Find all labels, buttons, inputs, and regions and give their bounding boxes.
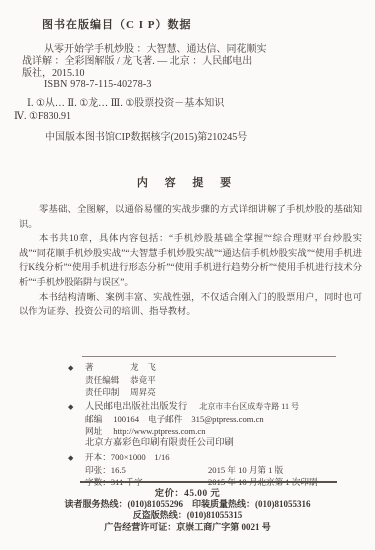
divider-thick	[80, 481, 337, 483]
postcode-value: 100164	[113, 413, 139, 425]
diamond-bullet-icon: ◆	[68, 362, 85, 374]
sheets-value: 16.5	[111, 464, 126, 476]
format-label: 开本：	[85, 451, 111, 463]
divider-thin	[82, 356, 336, 357]
ad-license-line: 广告经营许可证：京崇工商广字第 0021 号	[0, 520, 375, 533]
website-value: http://www.ptpress.com.cn	[113, 425, 205, 437]
sheets-row: 印张： 16.5 2015 年 10 月第 1 版	[68, 464, 348, 476]
author-label: 著	[85, 361, 130, 373]
author-row: ◆ 著 龙 飞	[68, 361, 348, 374]
publisher-row: ◆ 人民邮电出版社出版发行 北京市丰台区成寿寺路 11 号	[68, 401, 348, 413]
diamond-bullet-icon: ◆	[68, 401, 85, 413]
abstract-paragraph: 零基础、全图解，以通俗易懂的实战步骤的方式详细讲解了手机炒股的基础知识。	[19, 203, 362, 232]
abstract-paragraph: 本书结构清晰、案例丰富、实战性强，不仅适合刚入门的股票用户，同时也可以作为证券、…	[19, 291, 362, 320]
cip-heading: 图书在版编目（C I P）数据	[42, 16, 191, 32]
editor-label: 责任编辑	[85, 374, 130, 386]
edition-info: 2015 年 10 月第 1 版	[208, 464, 283, 476]
website-row: 网址 http://www.ptpress.com.cn	[68, 425, 348, 437]
cip-record-line: 战详解 ：全彩图解版 / 龙飞著. — 北京 ：人民邮电出	[22, 56, 342, 68]
print-company: 北京方嘉彩色印刷有限责任公司印刷	[85, 437, 234, 449]
print-company-row: 北京方嘉彩色印刷有限责任公司印刷	[68, 437, 348, 449]
printer-row: 责任印制 周昇亮	[68, 386, 348, 398]
sheets-label: 印张：	[85, 464, 111, 476]
cip-classification-block: Ⅰ. ①从… Ⅱ. ①龙… Ⅲ. ①股票投资－基本知识 Ⅳ. ①F830.91	[14, 98, 354, 123]
postcode-label: 邮编	[85, 413, 102, 425]
cip-class-line: Ⅰ. ①从… Ⅱ. ①龙… Ⅲ. ①股票投资－基本知识	[14, 98, 354, 111]
publisher-name: 人民邮电出版社出版发行	[85, 401, 187, 413]
email-value: 315@ptpress.com.cn	[191, 413, 263, 425]
printer-label: 责任印制	[85, 386, 130, 398]
format-value: 700×1000 1/16	[111, 451, 170, 463]
printer-name: 周昇亮	[130, 386, 156, 398]
cip-record-line: 从零开始学手机炒股 ：大智慧、通达信、同花顺实	[22, 44, 342, 56]
isbn-line: ISBN 978-7-115-40278-3	[22, 79, 342, 91]
abstract-heading: 内 容 提 要	[0, 174, 375, 190]
cip-record-line: 版社，2015.10	[22, 68, 342, 80]
colophon-block: ◆ 著 龙 飞 责任编辑 恭竟平 责任印制 周昇亮 ◆ 人民邮电出版社出版发行 …	[68, 361, 348, 488]
format-row: ◆ 开本： 700×1000 1/16	[68, 451, 348, 464]
publisher-address: 北京市丰台区成寿寺路 11 号	[199, 401, 299, 413]
email-label: 电子邮件	[148, 413, 182, 425]
editor-name: 恭竟平	[130, 374, 156, 386]
cip-class-line: Ⅳ. ①F830.91	[14, 111, 354, 124]
cip-record-block: 从零开始学手机炒股 ：大智慧、通达信、同花顺实 战详解 ：全彩图解版 / 龙飞著…	[22, 44, 342, 91]
abstract-body: 零基础、全图解，以通俗易懂的实战步骤的方式详细讲解了手机炒股的基础知识。 本书共…	[19, 203, 362, 320]
editor-row: 责任编辑 恭竟平	[68, 374, 348, 386]
website-label: 网址	[85, 425, 102, 437]
postcode-row: 邮编 100164 电子邮件 315@ptpress.com.cn	[68, 413, 348, 425]
cip-registry-number: 中国版本图书馆CIP数据核字(2015)第210245号	[45, 128, 247, 143]
abstract-paragraph: 本书共10章，具体内容包括：“手机炒股基础全掌握”“综合理财平台炒股实战”“同花…	[19, 232, 362, 290]
diamond-bullet-icon: ◆	[68, 452, 85, 464]
author-name: 龙 飞	[130, 361, 156, 373]
